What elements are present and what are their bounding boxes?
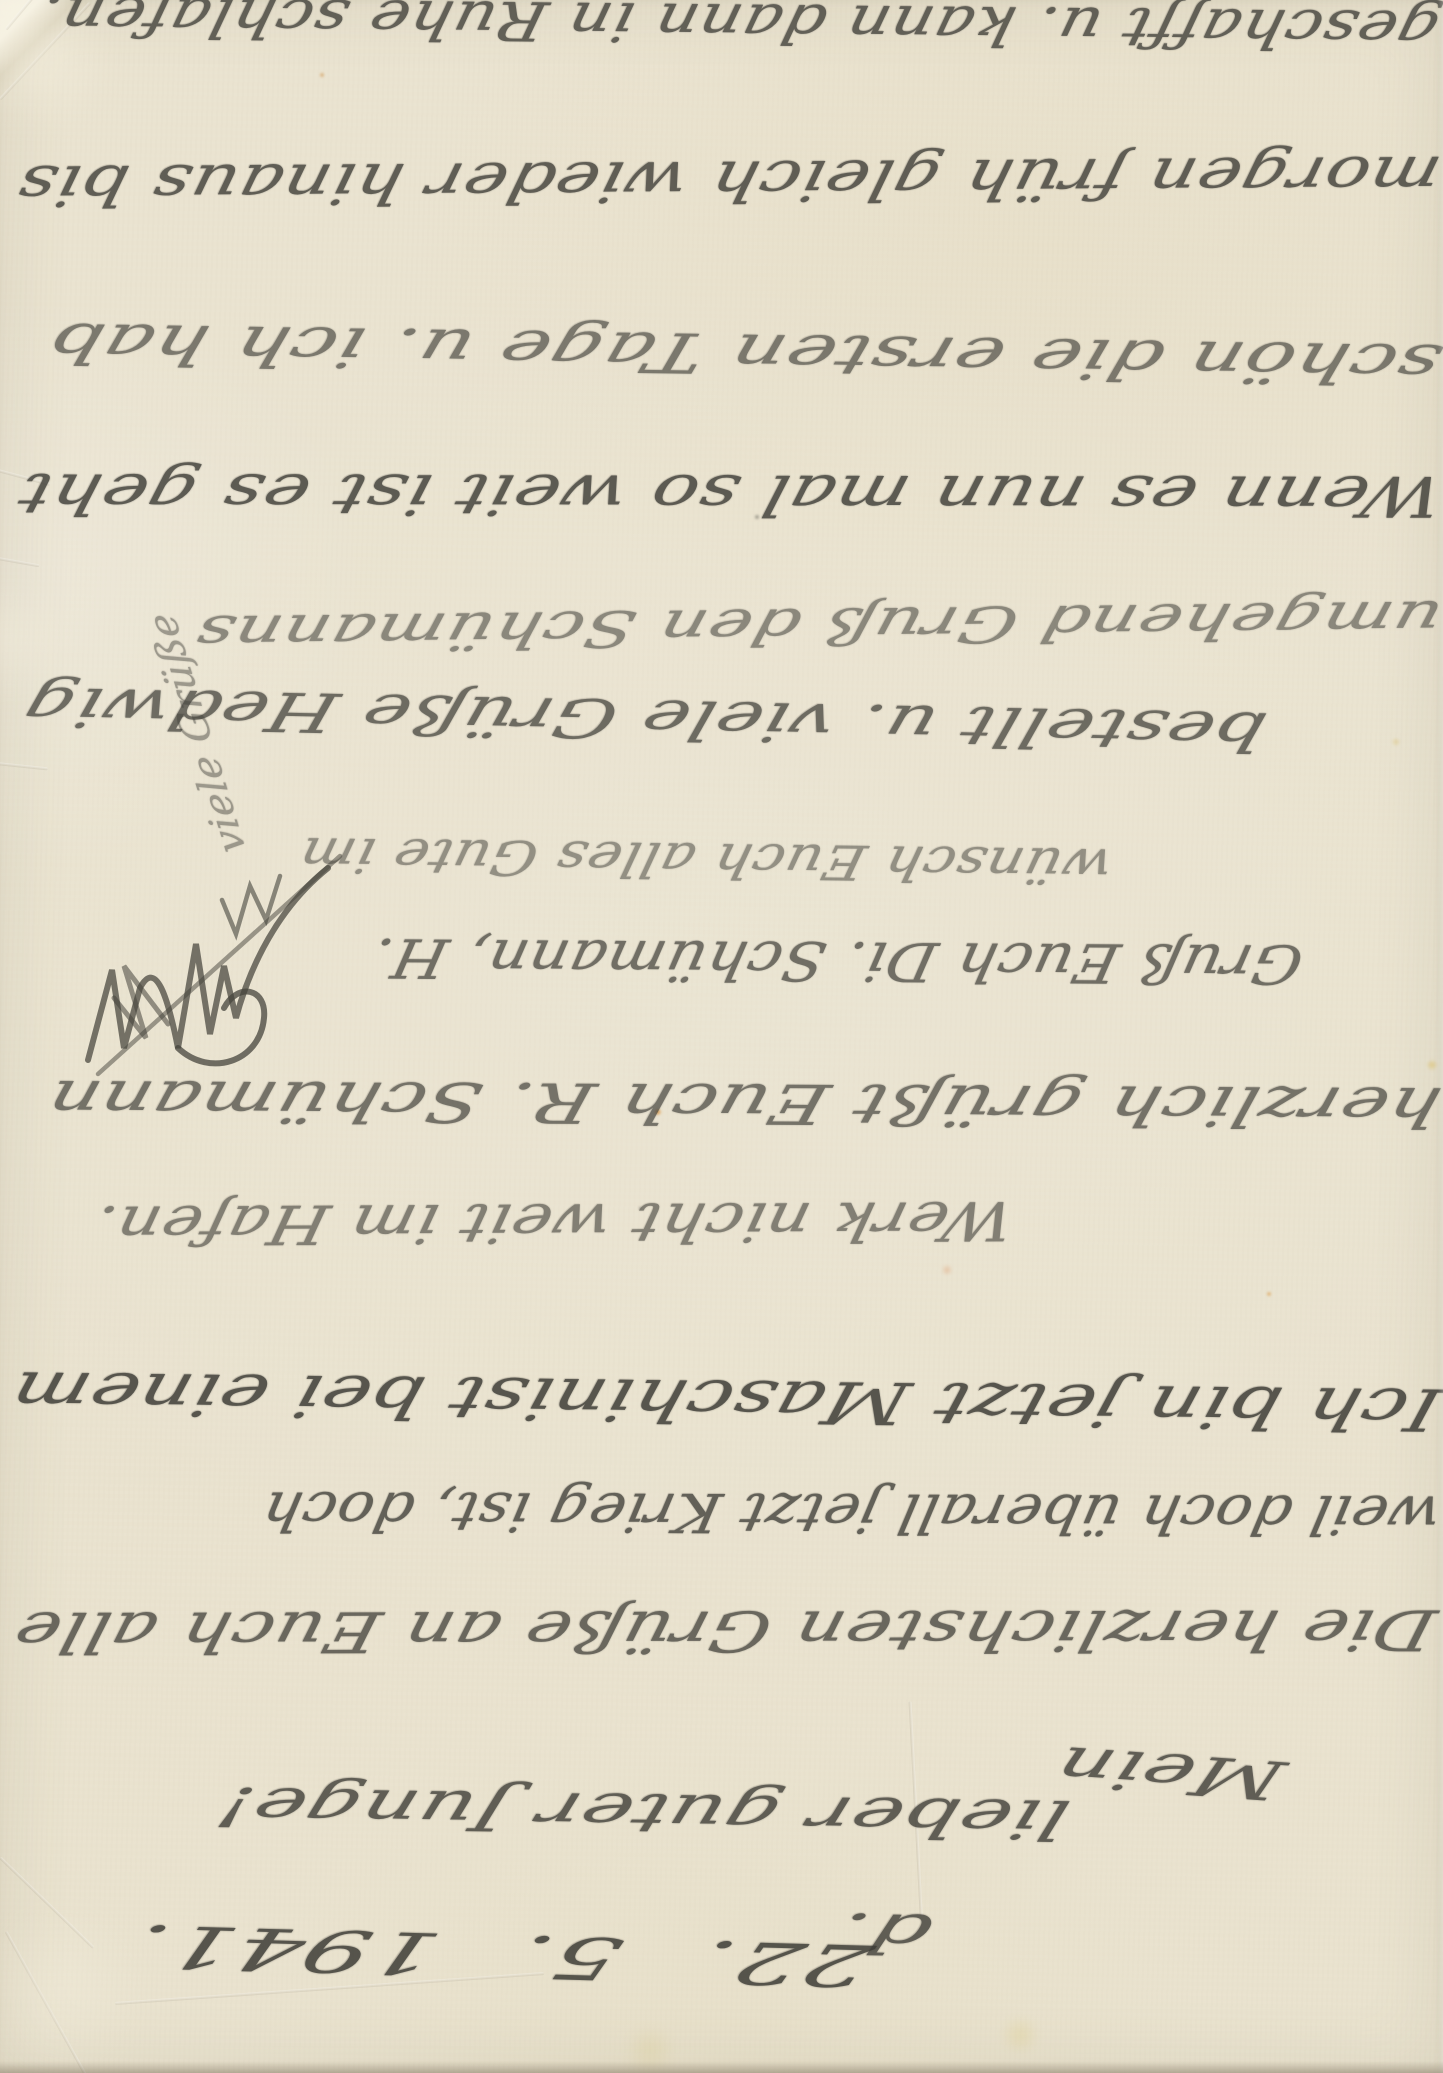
handwriting-line: Die herzlichsten Grüße an Euch alle [15, 1597, 1435, 1662]
paper-stain [1266, 1291, 1272, 1297]
handwriting-line: morgen früh gleich wieder hinaus bis [18, 143, 1440, 216]
handwriting-line: Ich bin jetzt Maschinist bei einem [12, 1359, 1441, 1441]
paper-stain [1391, 737, 1401, 747]
handwriting-text: weil doch überall jetzt Krieg ist, doch [256, 1480, 1443, 1545]
paper-crease [0, 556, 40, 567]
handwriting-line: wünsch Euch alles Gute im [300, 826, 1113, 891]
handwriting-text: Werk nicht weit im Hafen. [88, 1190, 1019, 1255]
paper-crease [0, 762, 48, 770]
paper-edge-right [1438, 0, 1443, 2073]
paper-stain [941, 1264, 953, 1276]
handwriting-text: schön die ersten Tage u. ich hab [41, 311, 1443, 394]
handwriting-text: wünsch Euch alles Gute im [294, 826, 1118, 891]
paper-stain [319, 72, 325, 78]
handwriting-line: umgehend Gruß den Schümanns [195, 590, 1442, 661]
handwriting-line: Mein [1056, 1734, 1285, 1810]
scan-edge-bottom [0, 2061, 1443, 2073]
handwriting-line: geschafft u. kann dann in Ruhe schlafen. [40, 0, 1441, 60]
handwriting-line: weil doch überall jetzt Krieg ist, doch [262, 1480, 1440, 1545]
paper-stain [1000, 2015, 1040, 2055]
handwriting-line: Gruß Euch Di. Schümann, H. [372, 927, 1302, 994]
handwriting-text: Wenn es nun mal so weit ist es geht [12, 461, 1443, 526]
handwriting-line: Wenn es nun mal so weit ist es geht [20, 461, 1442, 526]
handwriting-line: 22. 5. 1941. [91, 1911, 871, 1998]
handwriting-text: lieber guter Junge! [209, 1775, 1077, 1849]
handwriting-text: Ich bin jetzt Maschinist bei einem [3, 1359, 1443, 1441]
handwriting-text: 22. 5. 1941. [124, 1913, 881, 1998]
handwriting-line: lieber guter Junge! [218, 1775, 1069, 1849]
paper-stain [1426, 1059, 1438, 1071]
handwriting-text: umgehend Gruß den Schümanns [189, 590, 1443, 661]
handwriting-line: schön die ersten Tage u. ich hab [50, 311, 1441, 394]
handwriting-text: Mein [1047, 1735, 1293, 1810]
handwriting-line: Werk nicht weit im Hafen. [95, 1190, 1013, 1255]
handwriting-text: morgen früh gleich wieder hinaus bis [11, 143, 1443, 216]
handwriting-text: geschafft u. kann dann in Ruhe schlafen. [33, 0, 1443, 60]
scanned-letter-page: geschafft u. kann dann in Ruhe schlafen.… [0, 0, 1443, 2073]
signature-scribble [28, 848, 352, 1082]
handwriting-text: Die herzlichsten Grüße an Euch alle [8, 1597, 1443, 1662]
handwriting-text: Gruß Euch Di. Schümann, H. [366, 927, 1308, 994]
